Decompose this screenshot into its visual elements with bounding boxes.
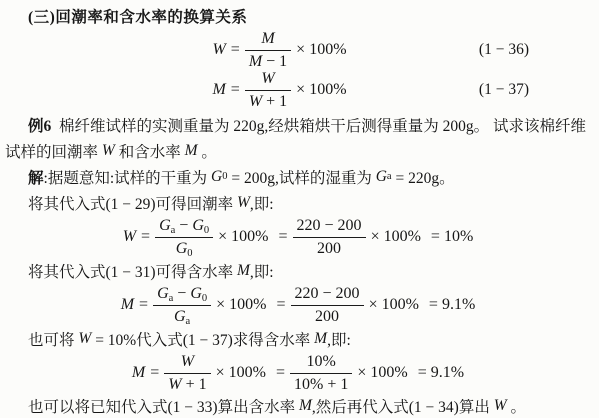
denominator-rest: − 1 <box>262 53 287 70</box>
symbolic-fraction: W W + 1 <box>164 353 210 393</box>
substitute-1-29-tail: ,即: <box>250 192 274 214</box>
equals-sign: = <box>276 364 285 382</box>
regain-symbol: W <box>78 330 91 348</box>
fraction-denominator: M − 1 <box>245 50 291 71</box>
formula-1-36-row: W = M M − 1 × 100% (1 − 36) <box>0 30 575 70</box>
dry-weight-symbol: G <box>211 168 222 186</box>
example-text-2c: 和含水率 <box>115 140 185 162</box>
symbolic-fraction: Ga − G0 Ga <box>153 285 211 325</box>
denominator-variable: W <box>249 93 262 110</box>
solution-text-1: :据题意知:试样的干重为 <box>44 166 212 188</box>
example-text-2a: 试样的回潮率 <box>5 140 102 162</box>
fraction-numerator: M <box>245 30 291 50</box>
times-100-percent: × 100% <box>216 296 266 314</box>
equals-sign: = <box>279 228 288 246</box>
example-label: 例6 <box>28 114 51 136</box>
solution-label: 解 <box>28 166 44 188</box>
dry-weight-subscript: 0 <box>204 225 209 236</box>
moisture-symbol: M <box>314 330 327 348</box>
section-heading: (三)回潮率和含水率的换算关系 <box>5 6 591 26</box>
example-text-1: 棉纤维试样的实测重量为 220g,经烘箱烘干后测得重量为 200g。 试求该棉纤… <box>59 114 586 136</box>
example-line-1: 例6 棉纤维试样的实测重量为 220g,经烘箱烘干后测得重量为 200g。 试求… <box>5 112 591 138</box>
equals-sign: = <box>141 228 150 246</box>
minus-sign: − <box>173 285 190 302</box>
numeric-fraction: 220 − 200 200 <box>291 285 364 325</box>
fraction-numerator: Ga − G0 <box>153 285 211 305</box>
closing-text-3: 。 <box>507 395 526 417</box>
equals-sign: = <box>231 41 240 59</box>
moisture-symbol: M <box>237 262 250 280</box>
regain-symbol: W <box>102 142 115 160</box>
fraction: M M − 1 <box>245 30 291 70</box>
result-value: = 9.1% <box>429 296 475 314</box>
closing-text-1: 也可以将已知代入式(1 − 33)算出含水率 <box>28 395 299 417</box>
substitute-1-29-line: 将其代入式(1 − 29)可得回潮率 W,即: <box>5 190 591 216</box>
substitute-1-31-text: 将其代入式(1 − 31)可得含水率 <box>28 260 237 282</box>
fraction-numerator: 220 − 200 <box>293 217 366 237</box>
equation-number-1-37: (1 − 37) <box>479 81 529 99</box>
minus-sign: − <box>175 217 192 234</box>
example-line-2: 试样的回潮率 W 和含水率 M 。 <box>5 138 591 164</box>
denominator-rest: + 1 <box>262 93 287 110</box>
section-heading-text: (三)回潮率和含水率的换算关系 <box>28 5 247 27</box>
fraction-denominator: W + 1 <box>245 90 291 111</box>
substitute-1-31-line: 将其代入式(1 − 31)可得含水率 M,即: <box>5 258 591 284</box>
denominator-variable: W <box>168 376 181 393</box>
fraction-denominator: W + 1 <box>164 373 210 394</box>
alternative-text-3: ,即: <box>327 328 351 350</box>
moisture-symbol: M <box>299 397 312 415</box>
moisture-calc-formula: M = Ga − G0 Ga × 100% = 220 − 200 200 × … <box>5 284 591 326</box>
solution-text-3: = 220g。 <box>392 166 455 188</box>
wet-weight-symbol: G <box>376 168 387 186</box>
fraction-numerator: Ga − G0 <box>155 217 213 237</box>
fraction-numerator: 10% <box>290 353 352 373</box>
fraction-numerator: W <box>164 353 210 373</box>
wet-weight-symbol: G <box>157 285 169 302</box>
moisture-lhs: M <box>121 296 134 314</box>
regain-symbol: W <box>494 397 507 415</box>
equals-sign: = <box>277 296 286 314</box>
regain-symbol: W <box>237 194 250 212</box>
wet-weight-symbol: G <box>174 308 186 325</box>
substitute-1-29-text: 将其代入式(1 − 29)可得回潮率 <box>28 192 237 214</box>
denominator-rest: + 1 <box>182 376 207 393</box>
solution-line: 解:据题意知:试样的干重为 G0 = 200g,试样的湿重为 Ga = 220g… <box>5 164 591 190</box>
dry-weight-subscript: 0 <box>202 293 207 304</box>
fraction-numerator: W <box>245 70 291 90</box>
equals-sign: = <box>231 81 240 99</box>
moisture-symbol: M <box>185 142 198 160</box>
symbolic-fraction: Ga − G0 G0 <box>155 217 213 257</box>
solution-text-2: = 200g,试样的湿重为 <box>227 166 375 188</box>
dry-weight-symbol: G <box>176 240 188 257</box>
wet-weight-symbol: G <box>159 217 171 234</box>
times-100-percent: × 100% <box>369 296 419 314</box>
fraction-denominator: 200 <box>291 305 364 326</box>
fraction: W W + 1 <box>245 70 291 110</box>
dry-weight-symbol: G <box>192 217 204 234</box>
numeric-fraction: 220 − 200 200 <box>293 217 366 257</box>
formula-1-37-row: M = W W + 1 × 100% (1 − 37) <box>0 70 575 110</box>
alternative-text-1: 也可将 <box>28 328 78 350</box>
result-value: = 10% <box>431 228 473 246</box>
moisture-lhs: M <box>132 364 145 382</box>
times-100-percent: × 100% <box>296 41 346 59</box>
fraction-denominator: G0 <box>155 237 213 258</box>
equals-sign: = <box>139 296 148 314</box>
moisture-from-regain-formula: M = W W + 1 × 100% = 10% 10% + 1 × 100% … <box>5 352 591 394</box>
regain-calc-formula: W = Ga − G0 G0 × 100% = 220 − 200 200 × … <box>5 216 591 258</box>
label-gap <box>51 116 59 134</box>
fraction-numerator: 220 − 200 <box>291 285 364 305</box>
times-100-percent: × 100% <box>296 81 346 99</box>
substitute-1-31-tail: ,即: <box>250 260 274 282</box>
regain-lhs: W <box>123 228 136 246</box>
times-100-percent: × 100% <box>218 228 268 246</box>
formula-1-36-lhs: W <box>212 41 225 59</box>
alternative-line: 也可将 W = 10%代入式(1 − 37)求得含水率 M,即: <box>5 326 591 352</box>
dry-weight-symbol: G <box>190 285 202 302</box>
times-100-percent: × 100% <box>371 228 421 246</box>
equation-number-1-36: (1 − 36) <box>479 41 529 59</box>
alternative-text-2: = 10%代入式(1 − 37)求得含水率 <box>91 328 314 350</box>
fraction-denominator: Ga <box>153 305 211 326</box>
fraction-denominator: 200 <box>293 237 366 258</box>
times-100-percent: × 100% <box>216 364 266 382</box>
numeric-fraction: 10% 10% + 1 <box>290 353 352 393</box>
formula-1-37-lhs: M <box>212 81 225 99</box>
wet-weight-subscript: a <box>186 316 191 327</box>
closing-line: 也可以将已知代入式(1 − 33)算出含水率 M,然后再代入式(1 − 34)算… <box>5 394 591 418</box>
result-value: = 9.1% <box>418 364 464 382</box>
dry-weight-subscript: 0 <box>187 248 192 259</box>
example-text-2e: 。 <box>198 140 217 162</box>
textbook-page: { "heading": "(三)回潮率和含水率的换算关系", "eq136":… <box>0 0 599 418</box>
fraction-denominator: 10% + 1 <box>290 373 352 394</box>
closing-text-2: ,然后再代入式(1 − 34)算出 <box>312 395 494 417</box>
equals-sign: = <box>150 364 159 382</box>
denominator-variable: M <box>249 53 262 70</box>
times-100-percent: × 100% <box>357 364 407 382</box>
